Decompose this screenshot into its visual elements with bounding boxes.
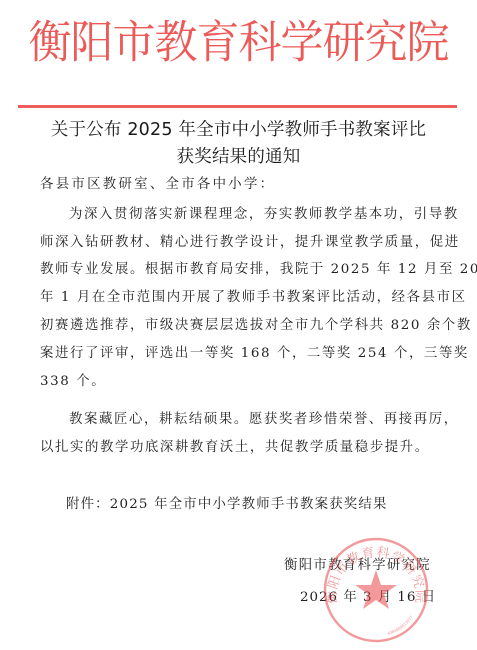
paragraph-2-line: 教案藏匠心，耕耘结硕果。愿获奖者珍惜荣誉、再接再厉， [69,411,426,429]
document-title-line-2: 获奖结果的通知 [0,145,477,169]
paragraph-1-line: 案进行了评审，评选出一等奖 168 个，二等奖 254 个，三等奖 [40,345,426,363]
masthead-red-rule [18,105,457,108]
paragraph-1-line: 为深入贯彻落实新课程理念，夯实教师教学基本功，引导教 [69,206,426,224]
paragraph-2-line: 以扎实的教学功底深耕教育沃土，共促教学质量稳步提升。 [40,439,426,457]
paragraph-1-line: 教师专业发展。根据市教育局安排，我院于 2025 年 12 月至 2026 [40,261,426,279]
seal-code-text: 4304080013977 [387,614,414,636]
signature-date: 2026 年 3 月 16 日 [300,589,436,607]
paragraph-1-line: 初赛遴选推荐，市级决赛层层选拔对全市九个学科共 820 余个教 [40,317,426,335]
paragraph-1-line: 338 个。 [40,373,426,391]
svg-text:4304080013977: 4304080013977 [387,614,414,636]
paragraph-1-line: 年 1 月在全市范围内开展了教师手书教案评比活动，经各县市区 [40,289,426,307]
masthead-org-name: 衡阳市教育科学研究院 [0,13,477,74]
document-title-line-1: 关于公布 2025 年全市中小学教师手书教案评比 [0,118,477,142]
signature-org: 衡阳市教育科学研究院 [284,557,431,575]
paragraph-1-line: 师深入钻研教材、精心进行教学设计，提升课堂教学质量，促进 [40,234,426,252]
salutation: 各县市区教研室、全市各中小学： [40,176,275,194]
attachment-note: 附件：2025 年全市中小学教师手书教案获奖结果 [66,496,388,514]
